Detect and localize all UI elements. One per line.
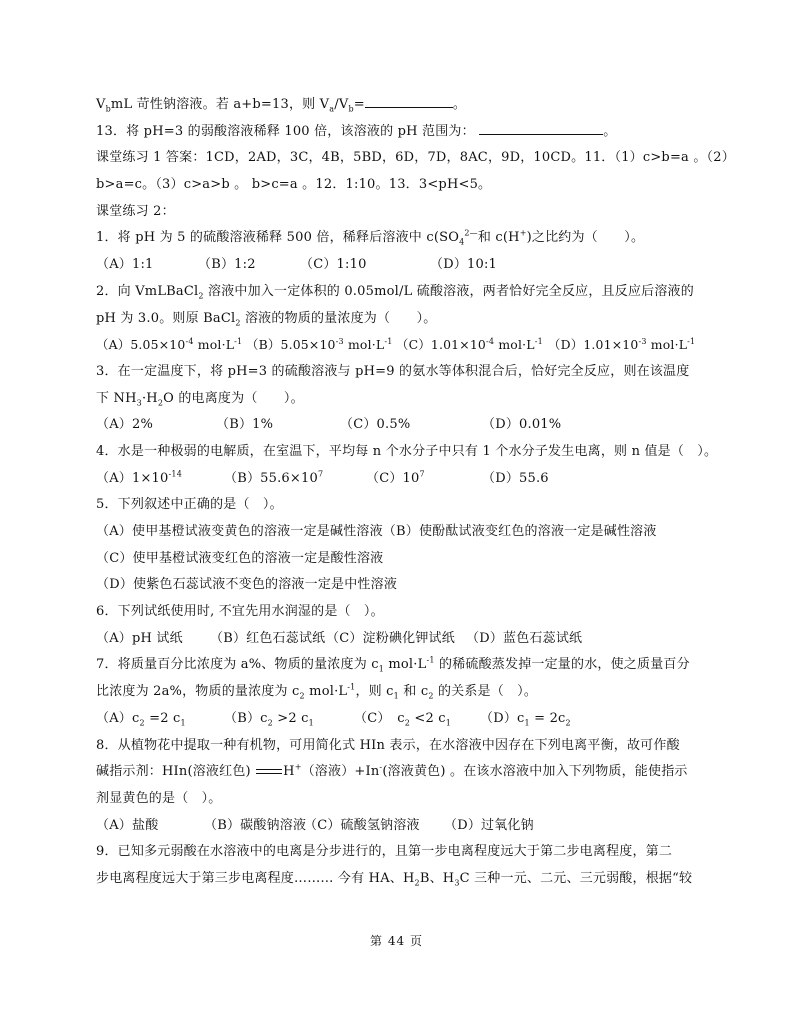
section-heading: 课堂练习 2： bbox=[96, 199, 716, 226]
q8-options: （A）盐酸（B）碳酸钠溶液（C）硫酸氢钠溶液（D）过氧化钠 bbox=[96, 813, 716, 840]
equilibrium-arrow-icon bbox=[256, 768, 282, 776]
q7-stem-2: 比浓度为 2a%，物质的量浓度为 c2 mol·L-1，则 c1 和 c2 的关… bbox=[96, 679, 716, 706]
option-b: （B）1:2 bbox=[198, 252, 300, 279]
option-c: （C）硫酸氢钠溶液 bbox=[304, 813, 444, 840]
q12-continuation-line: VbmL 苛性钠溶液。若 a+b=13，则 Va/Vb=。 bbox=[96, 92, 716, 119]
option-c: （C）淀粉碘化钾试纸 bbox=[326, 626, 466, 653]
document-page: VbmL 苛性钠溶液。若 a+b=13，则 Va/Vb=。 13．将 pH=3 … bbox=[96, 92, 716, 893]
q1-options: （A）1:1（B）1:2（C）1:10（D）10:1 bbox=[96, 252, 716, 279]
q3-options: （A）2%（B）1%（C）0.5%（D）0.01% bbox=[96, 412, 716, 439]
option-c: （C）0.5% bbox=[340, 412, 482, 439]
option-d: （D）0.01% bbox=[482, 412, 561, 439]
option-b: （B）c2 >2 c1 bbox=[224, 706, 354, 733]
text: mL 苛性钠溶液。若 a+b=13，则 V bbox=[111, 97, 329, 112]
q3-stem-1: 3．在一定温度下，将 pH=3 的硫酸溶液与 pH=9 的氨水等体积混合后，恰好… bbox=[96, 359, 716, 386]
option-d: （D）55.6 bbox=[482, 466, 549, 493]
q8-stem-1: 8．从植物花中提取一种有机物，可用简化式 HIn 表示，在水溶液中因存在下列电离… bbox=[96, 733, 716, 760]
q5-stem: 5．下列叙述中正确的是（ ）。 bbox=[96, 492, 716, 519]
page-number: 第 44 页 bbox=[0, 932, 793, 949]
text: 溶液中加入一定体积的 0.05mol/L 硫酸溶液，两者恰好完全反应，且反应后溶… bbox=[204, 284, 694, 299]
q2-stem-2: pH 为 3.0。则原 BaCl2 溶液的物质的量浓度为（ ）。 bbox=[96, 306, 716, 333]
q13-line: 13．将 pH=3 的弱酸溶液稀释 100 倍，该溶液的 pH 范围为： 。 bbox=[96, 119, 716, 146]
option-c: （C）107 bbox=[366, 466, 482, 493]
q9-stem-1: 9．已知多元弱酸在水溶液中的电离是分步进行的，且第一步电离程度远大于第二步电离程… bbox=[96, 839, 716, 866]
q1-stem: 1．将 pH 为 5 的硫酸溶液稀释 500 倍，稀释后溶液中 c(SO42—和… bbox=[96, 225, 716, 252]
option-d: （D）c1 = 2c2 bbox=[480, 706, 571, 733]
q2-options: （A）5.05×10-4 mol·L-1（B）5.05×10-3 mol·L-1… bbox=[96, 332, 716, 359]
q5-options-line-2: （C）使甲基橙试液变红色的溶液一定是酸性溶液 bbox=[96, 546, 716, 573]
option-a: （A）2% bbox=[96, 412, 216, 439]
text: )之比约为（ ）。 bbox=[527, 230, 645, 245]
q7-options: （A）c2 =2 c1（B）c2 >2 c1（C） c2 <2 c1（D）c1 … bbox=[96, 706, 716, 733]
option-a: （A）5.05×10-4 mol·L-1 bbox=[96, 332, 246, 359]
option-d: （D）10:1 bbox=[430, 252, 497, 279]
answer-blank bbox=[365, 93, 453, 108]
q6-options: （A）pH 试纸（B）红色石蕊试纸（C）淀粉碘化钾试纸（D）蓝色石蕊试纸 bbox=[96, 626, 716, 653]
q4-options: （A）1×10-14（B）55.6×107（C）107（D）55.6 bbox=[96, 466, 716, 493]
subscript: 4 bbox=[459, 238, 464, 247]
q5-options-line-3: （D）使紫色石蕊试液不变色的溶液一定是中性溶液 bbox=[96, 572, 716, 599]
text: pH 为 3.0。则原 BaCl bbox=[96, 311, 235, 326]
text: /V bbox=[334, 97, 348, 112]
text: V bbox=[96, 97, 106, 112]
q8-stem-2: 碱指示剂：HIn(溶液红色) H+（溶液）+In-(溶液黄色) 。在该水溶液中加… bbox=[96, 759, 716, 786]
option-a: （A）1×10-14 bbox=[96, 466, 224, 493]
text: 溶液的物质的量浓度为（ ）。 bbox=[241, 311, 437, 326]
text: 。 bbox=[453, 97, 466, 112]
answers-line-2: b>a=c。（3）c>a>b 。 b>c=a 。12．1:10。13．3<pH<… bbox=[96, 172, 716, 199]
option-c: （C） c2 <2 c1 bbox=[354, 706, 480, 733]
option-b: （B）红色石蕊试纸 bbox=[210, 626, 326, 653]
q6-stem: 6．下列试纸使用时, 不宜先用水润湿的是（ ）。 bbox=[96, 599, 716, 626]
text: 。 bbox=[603, 124, 616, 139]
option-b: （B）55.6×107 bbox=[224, 466, 366, 493]
answer-blank bbox=[479, 120, 603, 135]
option-b: （B）1% bbox=[216, 412, 340, 439]
q8-stem-3: 剂显黄色的是（ ）。 bbox=[96, 786, 716, 813]
option-c: （C）1:10 bbox=[300, 252, 430, 279]
option-b: （B）碳酸钠溶液 bbox=[204, 813, 304, 840]
superscript: 2— bbox=[464, 229, 478, 238]
q4-stem: 4．水是一种极弱的电解质，在室温下，平均每 n 个水分子中只有 1 个水分子发生… bbox=[96, 439, 716, 466]
q3-stem-2: 下 NH3·H2O 的电离度为（ ）。 bbox=[96, 386, 716, 413]
text: ·H bbox=[142, 391, 158, 406]
text: 1．将 pH 为 5 的硫酸溶液稀释 500 倍，稀释后溶液中 c(SO bbox=[96, 230, 459, 245]
text: 2．向 VmLBaCl bbox=[96, 284, 198, 299]
option-d: （D）过氧化钠 bbox=[444, 813, 534, 840]
option-a: （A）c2 =2 c1 bbox=[96, 706, 224, 733]
text: = bbox=[354, 97, 365, 112]
option-a: （A）盐酸 bbox=[96, 813, 204, 840]
q5-options-line-1: （A）使甲基橙试液变黄色的溶液一定是碱性溶液（B）使酚酞试液变红色的溶液一定是碱… bbox=[96, 519, 716, 546]
option-a: （A）pH 试纸 bbox=[96, 626, 210, 653]
text: 下 NH bbox=[96, 391, 137, 406]
superscript: + bbox=[520, 229, 527, 238]
q2-stem-1: 2．向 VmLBaCl2 溶液中加入一定体积的 0.05mol/L 硫酸溶液，两… bbox=[96, 279, 716, 306]
option-d: （D）蓝色石蕊试纸 bbox=[466, 626, 582, 653]
text: 13．将 pH=3 的弱酸溶液稀释 100 倍，该溶液的 pH 范围为： bbox=[96, 124, 475, 139]
option-d: （D）1.01×10-3 mol·L-1 bbox=[548, 332, 695, 359]
text: O 的电离度为（ ）。 bbox=[163, 391, 304, 406]
q9-stem-2: 步电离程度远大于第三步电离程度……… 今有 HA、H2B、H3C 三种一元、二元… bbox=[96, 866, 716, 893]
q7-stem-1: 7．将质量百分比浓度为 a%、物质的量浓度为 c1 mol·L-1 的稀硫酸蒸发… bbox=[96, 652, 716, 679]
option-c: （C）1.01×10-4 mol·L-1 bbox=[396, 332, 548, 359]
option-b: （B）5.05×10-3 mol·L-1 bbox=[246, 332, 396, 359]
option-a: （A）1:1 bbox=[96, 252, 198, 279]
answers-line-1: 课堂练习 1 答案：1CD，2AD，3C，4B，5BD，6D，7D，8AC，9D… bbox=[96, 145, 716, 172]
text: 和 c(H bbox=[478, 230, 520, 245]
